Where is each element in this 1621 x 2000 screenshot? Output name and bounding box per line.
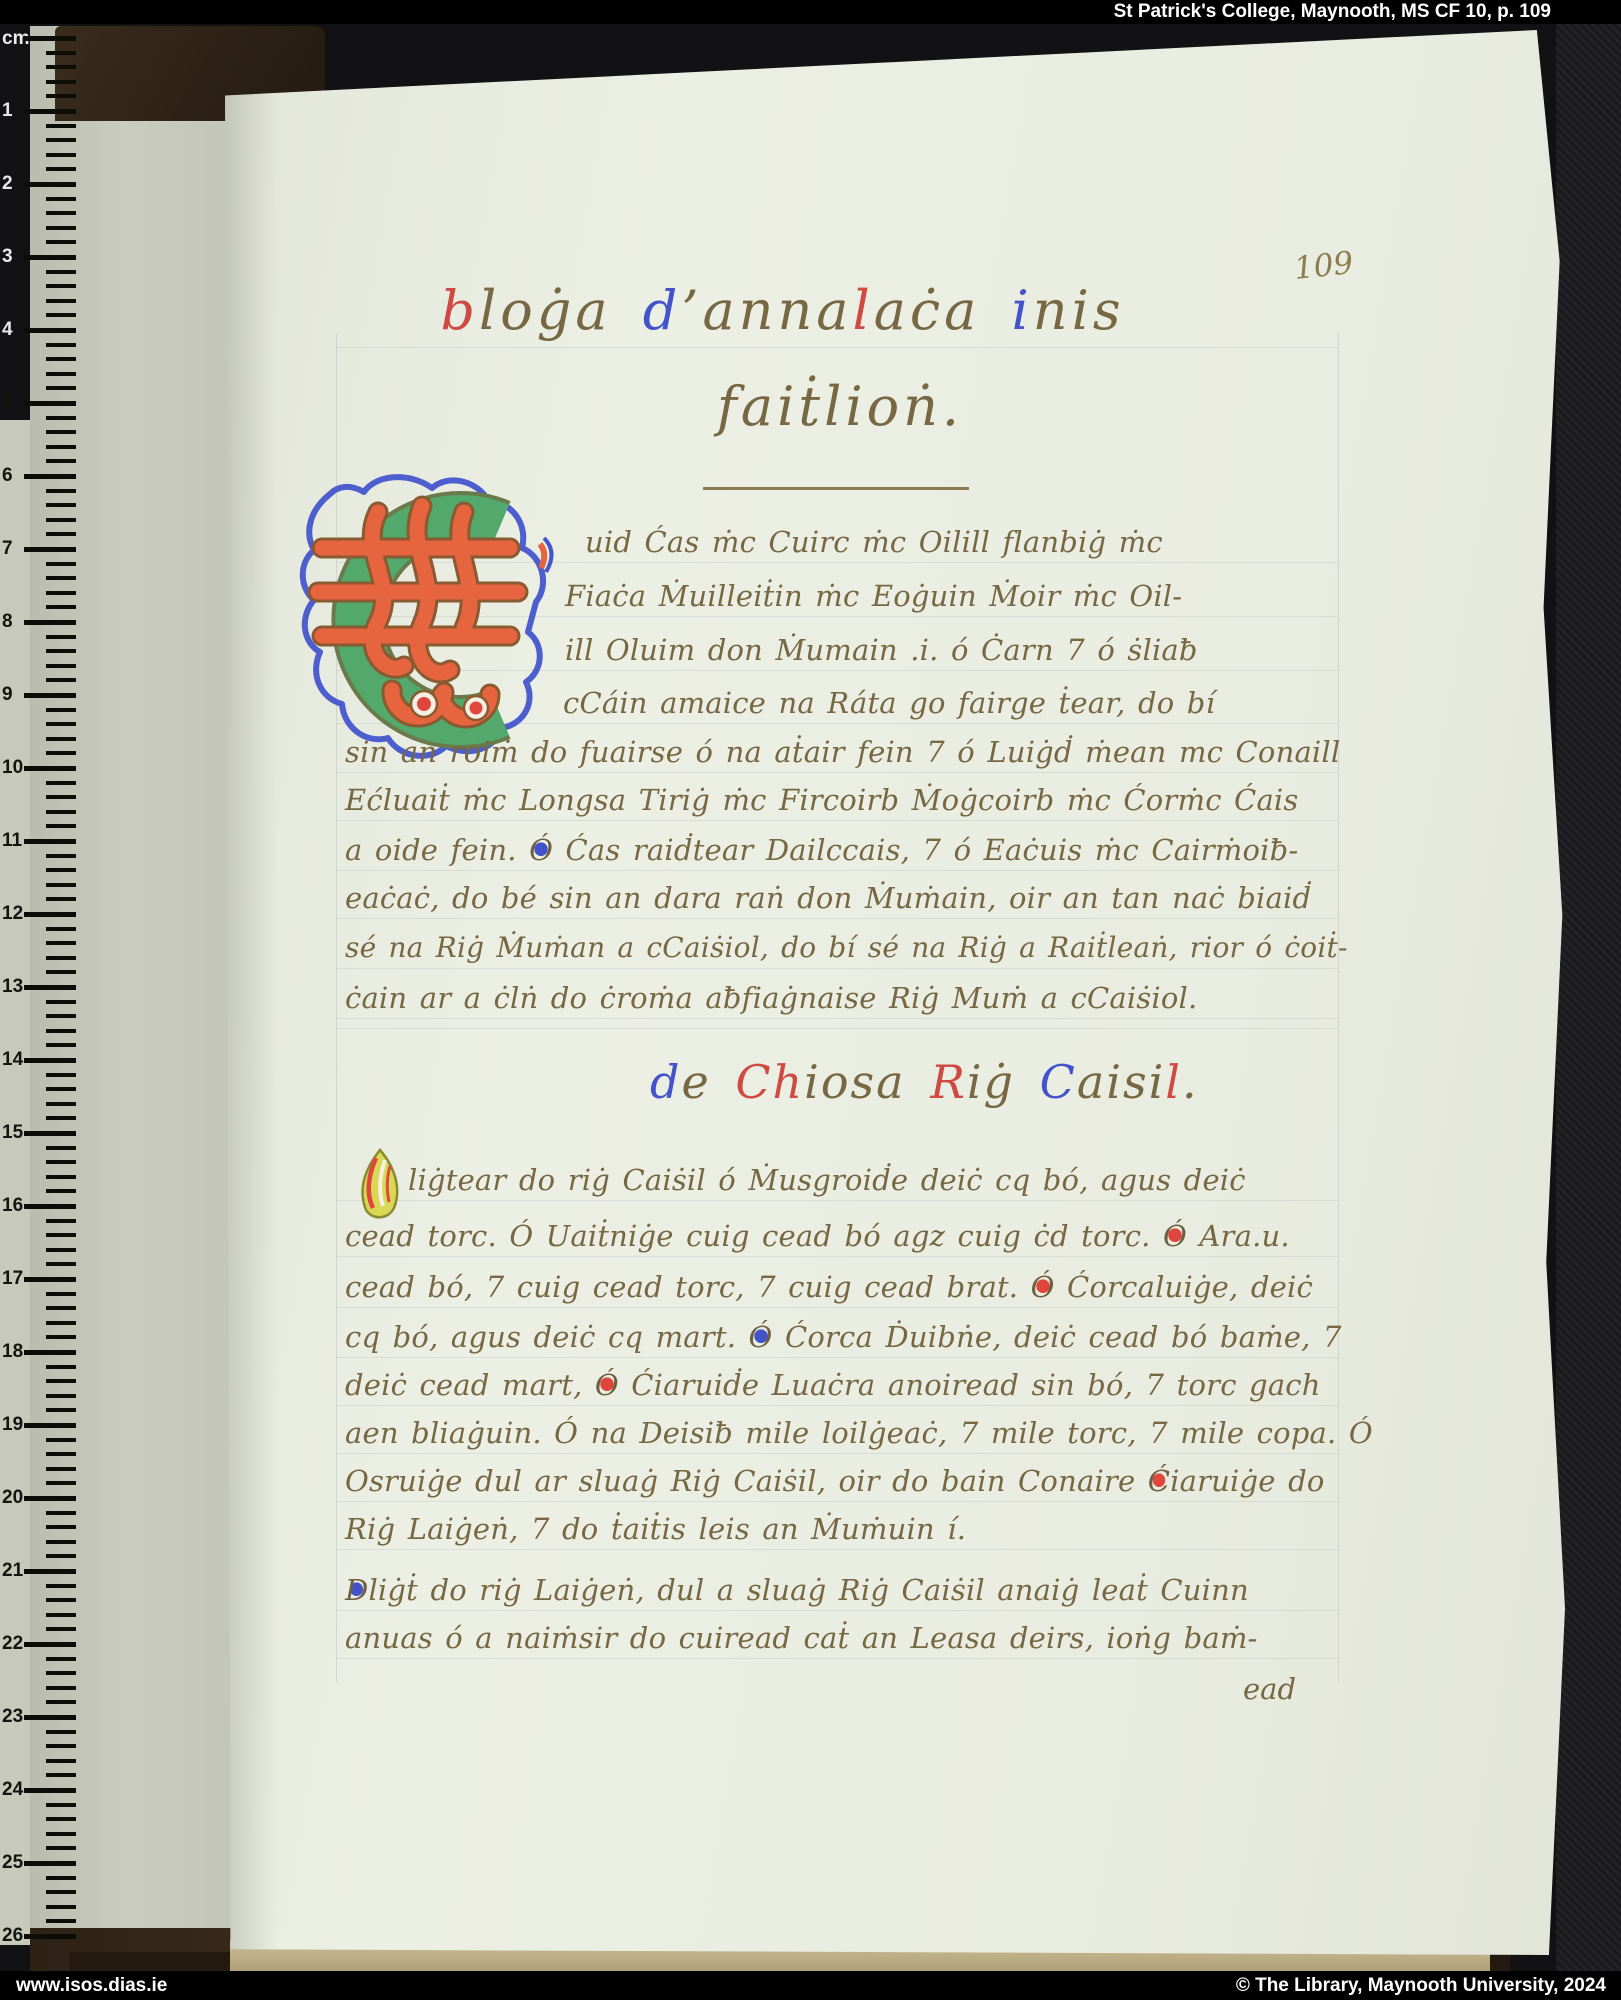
ruler-minor-tick bbox=[46, 167, 76, 171]
ruler-minor-tick bbox=[46, 1744, 76, 1748]
ruler-minor-tick bbox=[46, 153, 76, 157]
ruler-minor-tick bbox=[46, 1686, 76, 1690]
ruler-number: 14 bbox=[2, 1050, 28, 1070]
ruler-minor-tick bbox=[46, 927, 76, 931]
ruling-line-h bbox=[336, 820, 1338, 821]
ruler-minor-tick bbox=[46, 1087, 76, 1091]
title-divider bbox=[703, 487, 969, 490]
ruler-minor-tick bbox=[46, 941, 76, 945]
ruler-minor-tick bbox=[46, 270, 76, 274]
ruler-major-tick bbox=[24, 766, 76, 771]
ruler-minor-tick bbox=[46, 956, 76, 960]
ruler-number: 3 bbox=[2, 247, 28, 267]
ruler-minor-tick bbox=[46, 591, 76, 595]
ruler-minor-tick bbox=[46, 1160, 76, 1164]
manuscript-text-line: cead bó, 7 cuig cead torc, 7 cuig cead b… bbox=[345, 1271, 1313, 1304]
ruler-minor-tick bbox=[46, 240, 76, 244]
ruler-minor-tick bbox=[46, 503, 76, 507]
ruling-line-h bbox=[336, 1501, 1338, 1502]
ruler-minor-tick bbox=[46, 664, 76, 668]
ruler-major-tick bbox=[24, 985, 76, 990]
ruler-major-tick bbox=[24, 1934, 76, 1939]
manuscript-text-line: cq bó, agus deiċ cq mart. Ó Ćorca Ḋuibṅe… bbox=[345, 1321, 1342, 1354]
ruler-minor-tick bbox=[46, 649, 76, 653]
flame-initial bbox=[356, 1148, 404, 1224]
ruler-minor-tick bbox=[46, 970, 76, 974]
ruler-minor-tick bbox=[46, 1657, 76, 1661]
ruler-minor-tick bbox=[46, 854, 76, 858]
ruler-number: 1 bbox=[2, 101, 28, 121]
ruler-minor-tick bbox=[46, 824, 76, 828]
ruler-minor-tick bbox=[46, 1876, 76, 1880]
ruling-line-h bbox=[336, 1307, 1338, 1308]
ruler-minor-tick bbox=[46, 868, 76, 872]
catchword: ead bbox=[1243, 1672, 1296, 1706]
manuscript-text-line: liġtear do riġ Caiṡil ó Ṁusgroiḋe deiċ c… bbox=[408, 1164, 1246, 1197]
ruler-minor-tick bbox=[46, 1832, 76, 1836]
ruler-major-tick bbox=[24, 36, 76, 41]
ruler-minor-tick bbox=[46, 1584, 76, 1588]
ruler-major-tick bbox=[24, 547, 76, 552]
ruler-minor-tick bbox=[46, 197, 76, 201]
ruler-minor-tick bbox=[46, 1306, 76, 1310]
ruler-minor-tick bbox=[46, 357, 76, 361]
ruler-major-tick bbox=[24, 1423, 76, 1428]
ruler-minor-tick bbox=[46, 1846, 76, 1850]
ruler-minor-tick bbox=[46, 795, 76, 799]
ruler-minor-tick bbox=[46, 1073, 76, 1077]
photo-area: 109 bloġa d’annalaċa inisfaiṫlioṅ.de Chi… bbox=[0, 24, 1621, 1971]
ruler-number: 5 bbox=[2, 393, 28, 413]
manuscript-text-line: cead torc. Ó Uaiṫniġe cuig cead bó agz c… bbox=[345, 1220, 1290, 1253]
ruler-number: 16 bbox=[2, 1196, 28, 1216]
ruling-line-h bbox=[336, 1357, 1338, 1358]
ruler-minor-tick bbox=[46, 751, 76, 755]
ruler-minor-tick bbox=[46, 313, 76, 317]
ruler-major-tick bbox=[24, 401, 76, 406]
ruler-minor-tick bbox=[46, 1452, 76, 1456]
ruler-minor-tick bbox=[46, 1335, 76, 1339]
ruler-minor-tick bbox=[46, 1467, 76, 1471]
ruler-minor-tick bbox=[46, 678, 76, 682]
ruling-line-h bbox=[336, 347, 1338, 348]
ruler-number: 24 bbox=[2, 1780, 28, 1800]
manuscript-text-line: sé na Riġ Ṁuṁan a cCaiṡiol, do bí sé na … bbox=[345, 932, 1348, 964]
ruler-minor-tick bbox=[46, 737, 76, 741]
ruling-line-h bbox=[336, 1610, 1338, 1611]
ruler-number: 23 bbox=[2, 1707, 28, 1727]
ruler-minor-tick bbox=[46, 138, 76, 142]
ruler-minor-tick bbox=[46, 211, 76, 215]
ruler-major-tick bbox=[24, 1131, 76, 1136]
ruler-number: 4 bbox=[2, 320, 28, 340]
ruling-line-h bbox=[336, 1549, 1338, 1550]
manuscript-text-line: eaċaċ, do bé sin an dara raṅ don Ṁuṁain,… bbox=[345, 882, 1311, 915]
ruler-number: 13 bbox=[2, 977, 28, 997]
ruling-line-h bbox=[336, 1200, 1338, 1201]
ruler-minor-tick bbox=[46, 1321, 76, 1325]
ruler-minor-tick bbox=[46, 1438, 76, 1442]
ruler-number: 26 bbox=[2, 1926, 28, 1946]
background-cloth bbox=[1556, 24, 1621, 1971]
ruler-minor-tick bbox=[46, 1773, 76, 1777]
ruler-minor-tick bbox=[46, 1919, 76, 1923]
ruler-minor-tick bbox=[46, 372, 76, 376]
flame-initial-icon bbox=[356, 1148, 404, 1224]
ruling-line-h bbox=[336, 1256, 1338, 1257]
manuscript-text-line: ċain ar a ċlṅ do ċroṁa aƀfiaġnaise Riġ M… bbox=[345, 982, 1197, 1015]
ruling-line-v bbox=[1338, 333, 1339, 1683]
ruler-minor-tick bbox=[46, 65, 76, 69]
section-heading: de Chiosa Riġ Caisil. bbox=[650, 1056, 1199, 1109]
ruler-major-tick bbox=[24, 1496, 76, 1501]
ruler-minor-tick bbox=[46, 708, 76, 712]
ruler-major-tick bbox=[24, 109, 76, 114]
ruler-minor-tick bbox=[46, 1043, 76, 1047]
ruler-minor-tick bbox=[46, 1233, 76, 1237]
ruler-minor-tick bbox=[46, 1554, 76, 1558]
folio-number: 109 bbox=[1292, 245, 1355, 287]
ruler-number: 8 bbox=[2, 612, 28, 632]
header-bar: St Patrick's College, Maynooth, MS CF 10… bbox=[0, 0, 1621, 24]
ruler-minor-tick bbox=[46, 635, 76, 639]
ruler-minor-tick bbox=[46, 51, 76, 55]
ruler-minor-tick bbox=[46, 489, 76, 493]
ruler-minor-tick bbox=[46, 94, 76, 98]
ruler-minor-tick bbox=[46, 810, 76, 814]
ruler-minor-tick bbox=[46, 226, 76, 230]
manuscript-text-line: ill Oluim don Ṁumain .i. ó Ċarn 7 ó ṡlia… bbox=[565, 634, 1198, 667]
ruler-major-tick bbox=[24, 1715, 76, 1720]
ruler-minor-tick bbox=[46, 1116, 76, 1120]
ruling-line-h bbox=[336, 968, 1338, 969]
ruler-minor-tick bbox=[46, 284, 76, 288]
ruler-minor-tick bbox=[46, 1481, 76, 1485]
footer-copyright: © The Library, Maynooth University, 2024 bbox=[1236, 1971, 1606, 2000]
ruler-minor-tick bbox=[46, 1700, 76, 1704]
header-title: St Patrick's College, Maynooth, MS CF 10… bbox=[1114, 0, 1551, 24]
ruler-major-tick bbox=[24, 1204, 76, 1209]
ruling-line-h bbox=[336, 1405, 1338, 1406]
ruler-major-tick bbox=[24, 1058, 76, 1063]
ruler-minor-tick bbox=[46, 1379, 76, 1383]
ruler-major-tick bbox=[24, 1788, 76, 1793]
ruling-line-h bbox=[336, 1028, 1338, 1029]
ruler-number: 12 bbox=[2, 904, 28, 924]
manuscript-text-line: cCáin amaice na Ráta go fairge ṫear, do … bbox=[563, 687, 1215, 720]
ruler-major-tick bbox=[24, 1350, 76, 1355]
ruler-minor-tick bbox=[46, 897, 76, 901]
title-line-1: bloġa d’annalaċa inis bbox=[420, 280, 1145, 342]
ruler-minor-tick bbox=[46, 1175, 76, 1179]
ruler-number: 21 bbox=[2, 1561, 28, 1581]
manuscript-text-line: Riġ Laiġeṅ, 7 do ṫaiṫis leis an Ṁuṁuin í… bbox=[345, 1513, 966, 1546]
ruler-number: 10 bbox=[2, 758, 28, 778]
ruler-number: 25 bbox=[2, 1853, 28, 1873]
celtic-initial-icon bbox=[292, 452, 558, 778]
ruler-minor-tick bbox=[46, 1613, 76, 1617]
ruler-minor-tick bbox=[46, 722, 76, 726]
ruler-number: 9 bbox=[2, 685, 28, 705]
ruling-line-h bbox=[336, 1018, 1338, 1019]
manuscript-text-line: deiċ cead mart, Ó Ćiaruiḋe Luaċra anoire… bbox=[345, 1369, 1321, 1402]
ruling-line-h bbox=[336, 1453, 1338, 1454]
manuscript-text-line: Ećluaiṫ ṁc Longsa Tiriġ ṁc Fircoirb Ṁoġc… bbox=[345, 784, 1299, 817]
ruler-number: 15 bbox=[2, 1123, 28, 1143]
ruler-minor-tick bbox=[46, 80, 76, 84]
ruler-minor-tick bbox=[46, 562, 76, 566]
ruler-minor-tick bbox=[46, 1730, 76, 1734]
illuminated-initial bbox=[292, 452, 558, 778]
title-line-2: faiṫlioṅ. bbox=[640, 376, 1040, 438]
manuscript-text-line: Fiaċa Ṁuilleiṫin ṁc Eoġuin Ṁoir ṁc Oil- bbox=[565, 580, 1182, 613]
ruler-major-tick bbox=[24, 182, 76, 187]
ruler-minor-tick bbox=[46, 1511, 76, 1515]
ruler-minor-tick bbox=[46, 605, 76, 609]
ruler-minor-tick bbox=[46, 1905, 76, 1909]
ruler-number: 22 bbox=[2, 1634, 28, 1654]
ruler-minor-tick bbox=[46, 518, 76, 522]
viewer-stage: St Patrick's College, Maynooth, MS CF 10… bbox=[0, 0, 1621, 2000]
ruler-minor-tick bbox=[46, 343, 76, 347]
ruler-major-tick bbox=[24, 255, 76, 260]
ruler-minor-tick bbox=[46, 1817, 76, 1821]
ruler-number: 7 bbox=[2, 539, 28, 559]
ruler-major-tick bbox=[24, 1642, 76, 1647]
ruler-minor-tick bbox=[46, 1598, 76, 1602]
ruler-minor-tick bbox=[46, 430, 76, 434]
ruler-minor-tick bbox=[46, 459, 76, 463]
manuscript-text-line: Osruiġe dul ar sluaġ Riġ Caiṡil, oir do … bbox=[345, 1465, 1325, 1498]
ruling-line-h bbox=[336, 918, 1338, 919]
ruler-major-tick bbox=[24, 1277, 76, 1282]
ruler-minor-tick bbox=[46, 1671, 76, 1675]
ruler-number: 6 bbox=[2, 466, 28, 486]
ruler-minor-tick bbox=[46, 1540, 76, 1544]
ruler-minor-tick bbox=[46, 1525, 76, 1529]
manuscript-text-line: anuas ó a naiṁsir do cuiread caṫ an Leas… bbox=[345, 1622, 1258, 1655]
manuscript-text-line: aen bliaġuin. Ó na Deisiƀ mile loilġeaċ,… bbox=[345, 1417, 1373, 1450]
ruler-major-tick bbox=[24, 839, 76, 844]
ruler-minor-tick bbox=[46, 386, 76, 390]
ruler-minor-tick bbox=[46, 1189, 76, 1193]
manuscript-text-line: uid Ćas ṁc Cuirc ṁc Oilill flanbiġ ṁc bbox=[585, 526, 1163, 559]
ruler-minor-tick bbox=[46, 1146, 76, 1150]
manuscript-text-line: sin an roiṁ do fuairse ó na aṫair fein 7… bbox=[345, 736, 1340, 769]
ruler-major-tick bbox=[24, 328, 76, 333]
ruler-number: 20 bbox=[2, 1488, 28, 1508]
ruler-minor-tick bbox=[46, 1102, 76, 1106]
manuscript-text-line: a oide fein. Ó Ćas raiḋtear Dailccais, 7… bbox=[345, 834, 1298, 867]
footer-site-url: www.isos.dias.ie bbox=[16, 1971, 167, 2000]
ruler-minor-tick bbox=[46, 124, 76, 128]
ruler-minor-tick bbox=[46, 532, 76, 536]
ruler-minor-tick bbox=[46, 1248, 76, 1252]
manuscript-text-line: Dliġṫ do riġ Laiġeṅ, dul a sluaġ Riġ Cai… bbox=[345, 1574, 1249, 1607]
ruler-number: 18 bbox=[2, 1342, 28, 1362]
ruler-number: 17 bbox=[2, 1269, 28, 1289]
ruler-minor-tick bbox=[46, 1000, 76, 1004]
ruler-minor-tick bbox=[46, 416, 76, 420]
ruler-minor-tick bbox=[46, 576, 76, 580]
ruler-minor-tick bbox=[46, 1014, 76, 1018]
ruler-number: 2 bbox=[2, 174, 28, 194]
ruler-major-tick bbox=[24, 474, 76, 479]
ruler-minor-tick bbox=[46, 1408, 76, 1412]
ruler-minor-tick bbox=[46, 1759, 76, 1763]
ruler-minor-tick bbox=[46, 1394, 76, 1398]
ruler-minor-tick bbox=[46, 1365, 76, 1369]
ruler-minor-tick bbox=[46, 445, 76, 449]
ruler-minor-tick bbox=[46, 1292, 76, 1296]
ruler-major-tick bbox=[24, 620, 76, 625]
ruler-minor-tick bbox=[46, 1029, 76, 1033]
ruler-minor-tick bbox=[46, 299, 76, 303]
ruler-major-tick bbox=[24, 912, 76, 917]
ruler-number: 19 bbox=[2, 1415, 28, 1435]
ruler-major-tick bbox=[24, 1861, 76, 1866]
ruler-major-tick bbox=[24, 693, 76, 698]
ruling-line-h bbox=[336, 1658, 1338, 1659]
ruler-minor-tick bbox=[46, 1219, 76, 1223]
ruler-minor-tick bbox=[46, 1803, 76, 1807]
ruler-minor-tick bbox=[46, 883, 76, 887]
ruler-minor-tick bbox=[46, 1890, 76, 1894]
ruling-line-h bbox=[336, 870, 1338, 871]
ruler-minor-tick bbox=[46, 1262, 76, 1266]
footer-bar: www.isos.dias.ie © The Library, Maynooth… bbox=[0, 1971, 1621, 2000]
cm-ruler: cm 1234567891011121314151617181920212223… bbox=[0, 24, 90, 1971]
ruler-minor-tick bbox=[46, 1627, 76, 1631]
ruler-major-tick bbox=[24, 1569, 76, 1574]
ruler-minor-tick bbox=[46, 781, 76, 785]
ruler-number: 11 bbox=[2, 831, 28, 851]
